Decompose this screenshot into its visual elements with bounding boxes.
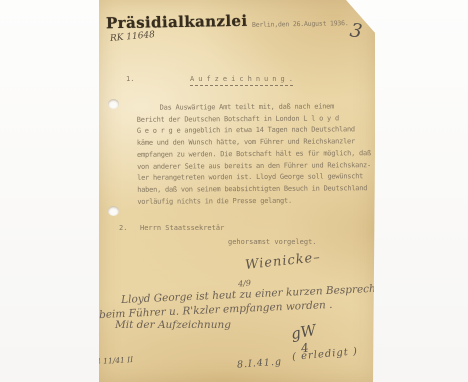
footer-annotation-left: 4 11/41 II	[96, 355, 134, 366]
body-line: empfangen zu werden. Die Botschaft hält …	[137, 148, 371, 161]
handwritten-paraph: gW	[290, 321, 318, 343]
addressee-line: Herrn Staatssekretär	[140, 224, 224, 232]
memo-heading: A u f z e i c h n u n g .	[190, 75, 293, 86]
body-line: vorläufig nichts in die Presse gelangt.	[137, 195, 371, 208]
item-1-number: 1.	[126, 75, 134, 83]
letterhead: Präsidialkanzlei	[106, 12, 248, 32]
item-2-number: 2.	[119, 224, 127, 232]
document-scan: Präsidialkanzlei RK 11648 Berlin,den 26.…	[0, 0, 468, 382]
punch-hole-bottom	[108, 206, 119, 216]
footer-annotation-center: 8.I.41.g	[237, 356, 283, 370]
handwritten-note-line: Mit der Aufzeichnung	[115, 319, 231, 331]
page-number-annotation: 3	[348, 19, 363, 43]
body-line: haben, daß von seinem beabsichtigten Bes…	[137, 183, 371, 196]
paper-sheet: Präsidialkanzlei RK 11648 Berlin,den 26.…	[99, 0, 375, 382]
handwritten-signature: Wienicke–	[244, 250, 321, 273]
date-line: Berlin,den 26.August 1936.	[252, 19, 349, 29]
punch-hole-top	[108, 99, 119, 109]
submission-note: gehorsamst vorgelegt.	[228, 238, 317, 246]
handwritten-fraction: 4/9	[238, 279, 251, 289]
file-number-annotation: RK 11648	[110, 30, 156, 44]
memo-body: Das Auswärtige Amt teilt mit, daß nach e…	[137, 101, 372, 208]
